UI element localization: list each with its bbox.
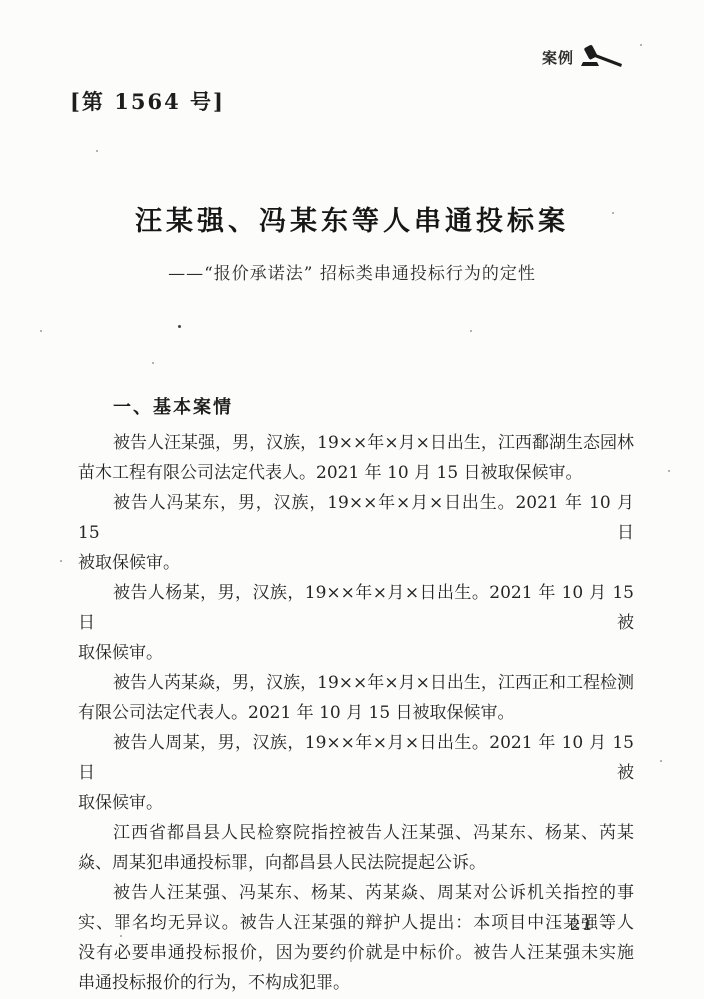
page-title: 汪某强、冯某东等人串通投标案 bbox=[0, 199, 704, 238]
corner-case-label: 案例 bbox=[542, 47, 574, 68]
corner-badge: 案例 bbox=[542, 44, 626, 70]
body-line: 没有必要串通投标报价，因为要约价就是中标价。被告人汪某强未实施 bbox=[78, 938, 634, 968]
body-line: 有限公司法定代表人。2021 年 10 月 15 日被取保候审。 bbox=[78, 698, 634, 728]
page-subtitle: ——“报价承诺法” 招标类串通投标行为的定性 bbox=[0, 259, 704, 284]
body-line: 取保候审。 bbox=[78, 638, 634, 668]
body-line: 江西省都昌县人民检察院指控被告人汪某强、冯某东、杨某、芮某 bbox=[78, 818, 634, 848]
body-line: 串通投标报价的行为，不构成犯罪。 bbox=[78, 968, 634, 998]
body-line: 被告人汪某强，男，汉族，19××年×月×日出生，江西鄱湖生态园林 bbox=[78, 428, 634, 458]
body-line: 苗木工程有限公司法定代表人。2021 年 10 月 15 日被取保候审。 bbox=[78, 458, 634, 488]
body-line: 实、罪名均无异议。被告人汪某强的辩护人提出：本项目中汪某强等人 bbox=[78, 908, 634, 938]
case-number: [第 1564 号] bbox=[70, 86, 225, 116]
scanned-page: 案例 [第 1564 号] 汪某强、冯某东等人串通投标案 ——“报价承诺法” 招… bbox=[0, 0, 704, 999]
page-number: - 21 - bbox=[556, 915, 609, 934]
body-line: 取保候审。 bbox=[78, 788, 634, 818]
body-line: 被告人冯某东，男，汉族，19××年×月×日出生。2021 年 10 月 15 日 bbox=[78, 488, 634, 548]
body-line: 焱、周某犯串通投标罪，向都昌县人民法院提起公诉。 bbox=[78, 848, 634, 878]
body-text: 被告人汪某强，男，汉族，19××年×月×日出生，江西鄱湖生态园林苗木工程有限公司… bbox=[78, 428, 634, 998]
gavel-icon bbox=[580, 44, 626, 70]
body-line: 被告人周某，男，汉族，19××年×月×日出生。2021 年 10 月 15 日被 bbox=[78, 728, 634, 788]
section-heading: 一、基本案情 bbox=[113, 393, 233, 419]
body-line: 被告人芮某焱，男，汉族，19××年×月×日出生，江西正和工程检测 bbox=[78, 668, 634, 698]
body-line: 被告人杨某，男，汉族，19××年×月×日出生。2021 年 10 月 15 日被 bbox=[78, 578, 634, 638]
body-line: 被告人汪某强、冯某东、杨某、芮某焱、周某对公诉机关指控的事 bbox=[78, 878, 634, 908]
body-line: 被取保候审。 bbox=[78, 548, 634, 578]
